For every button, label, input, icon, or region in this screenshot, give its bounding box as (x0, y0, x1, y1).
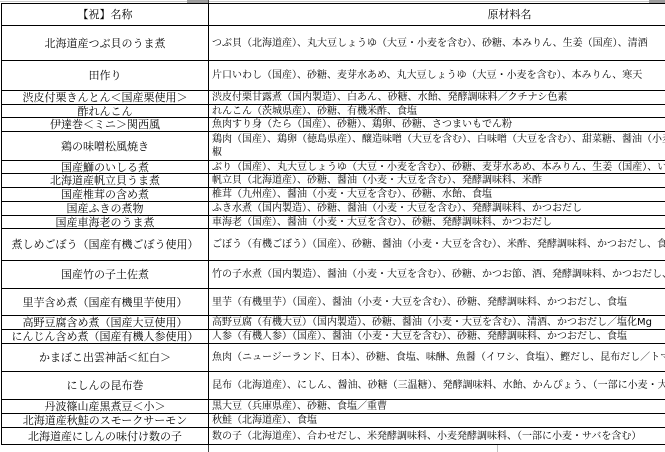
item-name-cell: 鶏の味噌松風焼き (2, 132, 209, 160)
item-name-cell: 里芋含め煮（国産有機里芋使用） (2, 289, 209, 315)
ingredients-cell: 渋皮付栗甘露煮（国内製造）、白あん、砂糖、水飴、発酵調味料／クチナシ色素 (209, 91, 665, 104)
table-row: 高野豆腐含め煮（国産大豆使用） 高野豆腐（有機大豆）（国内製造）、砂糖、醤油（小… (2, 316, 665, 330)
item-name-cell: 酢れんこん (2, 105, 209, 117)
table-row: 丹波篠山産黒煮豆＜小＞ 黒大豆（兵庫県産）、砂糖、食塩／重曹 (2, 400, 665, 414)
ingredients-cell: つぶ貝（北海道産）、丸大豆しょうゆ（大豆・小麦を含む）、砂糖、本みりん、生姜（国… (209, 26, 665, 60)
column-divider-extension-bottom (208, 444, 209, 452)
spreadsheet-page: { "colors": { "grid_border": "#000000", … (0, 0, 665, 452)
item-name-cell: 渋皮付栗きんとん＜国産栗使用＞ (2, 91, 209, 104)
ingredients-cell: 里芋（有機里芋）（国産）、醤油（小麦・大豆を含む）、砂糖、発酵調味料、かつおだし… (209, 289, 665, 315)
ingredients-cell: 黒大豆（兵庫県産）、砂糖、食塩／重曹 (209, 400, 665, 413)
table-row: 国産椎茸の含め煮 椎茸（九州産）、醤油（小麦・大豆を含む）、砂糖、水飴、食塩 (2, 188, 665, 202)
table-row: 酢れんこん れんこん（茨城県産）、砂糖、有機米酢、食塩 (2, 105, 665, 118)
ingredients-cell: 高野豆腐（有機大豆）（国内製造）、砂糖、醤油（小麦・大豆を含む）、清酒、かつおだ… (209, 316, 665, 329)
table-row: 里芋含め煮（国産有機里芋使用） 里芋（有機里芋）（国産）、醤油（小麦・大豆を含む… (2, 289, 665, 316)
header-name-cell: 【祝】名称 (2, 4, 209, 25)
item-name-cell: 煮しめごぼう（国産有機ごぼう使用） (2, 229, 209, 260)
ingredients-cell: 片口いわし（国産）、砂糖、麦芽水あめ、丸大豆しょうゆ（大豆・小麦を含む）、本みり… (209, 61, 665, 90)
item-name-cell: 伊達巻＜ミニ＞関西風 (2, 118, 209, 131)
item-name-cell: にしんの昆布巻 (2, 372, 209, 399)
ingredients-cell: 魚肉（ニュージーランド、日本）、砂糖、食塩、味醂、魚醤（イワシ、食塩）、鰹だし、… (209, 344, 665, 371)
item-name-cell: 国産ふきの煮物 (2, 202, 209, 215)
table-row: 鶏の味噌松風焼き 鶏肉（国産）、鶏卵（徳島県産）、醸造味噌（大豆を含む）、白味噌… (2, 132, 665, 161)
item-name-cell: 北海道産にしんの味付け数の子 (2, 428, 209, 444)
ingredients-cell: れんこん（茨城県産）、砂糖、有機米酢、食塩 (209, 105, 665, 117)
ingredients-cell: ぶり（国産）、丸大豆しょうゆ（大豆・小麦を含む）、砂糖、麦芽水あめ、本みりん、生… (209, 161, 665, 173)
ingredients-cell: 鶏肉（国産）、鶏卵（徳島県産）、醸造味噌（大豆を含む）、白味噌（大豆を含む）、甜… (209, 132, 665, 160)
table-row: 渋皮付栗きんとん＜国産栗使用＞ 渋皮付栗甘露煮（国内製造）、白あん、砂糖、水飴、… (2, 91, 665, 105)
table-row: にしんの昆布巻 昆布（北海道産）、にしん、醤油、砂糖（三温糖）、発酵調味料、水飴… (2, 372, 665, 400)
ingredients-cell: 昆布（北海道産）、にしん、醤油、砂糖（三温糖）、発酵調味料、水飴、かんぴょう、（… (209, 372, 665, 399)
table-row: 北海道産つぶ貝のうま煮 つぶ貝（北海道産）、丸大豆しょうゆ（大豆・小麦を含む）、… (2, 26, 665, 61)
table-row: 伊達巻＜ミニ＞関西風 魚肉すり身（たら（国産）、砂糖）、鶏卵、砂糖、さつまいもで… (2, 118, 665, 132)
item-name-cell: 国産椎茸の含め煮 (2, 188, 209, 201)
item-name-cell: にんじん含め煮（国産有機人参使用） (2, 330, 209, 343)
table-row: 北海道産秋鮭のスモークサーモン 秋鮭（北海道産）、食塩 (2, 414, 665, 428)
table-row: 北海道産にしんの味付け数の子 数の子（北海道産）、合わせだし、米発酵調味料、小麦… (2, 428, 665, 445)
item-name-cell: 北海道産帆立貝うま煮 (2, 174, 209, 187)
ingredients-cell: 竹の子水煮（国内製造）、醤油（小麦・大豆を含む）、砂糖、かつお節、酒、発酵調味料… (209, 261, 665, 288)
table-row: 国産竹の子土佐煮 竹の子水煮（国内製造）、醤油（小麦・大豆を含む）、砂糖、かつお… (2, 261, 665, 289)
ingredients-cell: 人参（有機人参）（国産）、醤油（小麦・大豆を含む）、砂糖、発酵調味料、かつおだし… (209, 330, 665, 343)
ingredients-table: 【祝】名称 原材料名 北海道産つぶ貝のうま煮 つぶ貝（北海道産）、丸大豆しょうゆ… (1, 3, 665, 445)
ingredients-cell: 帆立貝（北海道産）、砂糖、醤油（小麦・大豆を含む）、発酵調味料、米酢 (209, 174, 665, 187)
table-row: 国産鰤のいしる煮 ぶり（国産）、丸大豆しょうゆ（大豆・小麦を含む）、砂糖、麦芽水… (2, 161, 665, 174)
table-row: 北海道産帆立貝うま煮 帆立貝（北海道産）、砂糖、醤油（小麦・大豆を含む）、発酵調… (2, 174, 665, 188)
table-row: かまぼこ出雲神話＜紅白＞ 魚肉（ニュージーランド、日本）、砂糖、食塩、味醂、魚醤… (2, 344, 665, 372)
item-name-cell: 北海道産秋鮭のスモークサーモン (2, 414, 209, 427)
ingredients-cell: 数の子（北海道産）、合わせだし、米発酵調味料、小麦発酵調味料、（一部に小麦・サバ… (209, 428, 665, 444)
item-name-cell: 国産鰤のいしる煮 (2, 161, 209, 173)
ingredients-cell: 椎茸（九州産）、醤油（小麦・大豆を含む）、砂糖、水飴、食塩 (209, 188, 665, 201)
sheet-gridline-top (0, 1, 665, 2)
item-name-cell: 高野豆腐含め煮（国産大豆使用） (2, 316, 209, 329)
table-row: 国産車海老のうま煮 車海老（国産）、醤油（小麦・大豆を含む）、砂糖、発酵調味料、… (2, 216, 665, 229)
item-name-cell: 田作り (2, 61, 209, 90)
ingredients-cell: ふき水煮（国内製造）、砂糖、醤油（小麦・大豆を含む）、発酵調味料、かつおだし (209, 202, 665, 215)
sheet-gridline-bottom (497, 445, 498, 452)
ingredients-cell: 車海老（国産）、醤油（小麦・大豆を含む）、砂糖、発酵調味料、かつおだし (209, 216, 665, 228)
table-header-row: 【祝】名称 原材料名 (2, 4, 665, 26)
item-name-cell: 国産車海老のうま煮 (2, 216, 209, 228)
ingredients-cell: 秋鮭（北海道産）、食塩 (209, 414, 665, 427)
table-row: にんじん含め煮（国産有機人参使用） 人参（有機人参）（国産）、醤油（小麦・大豆を… (2, 330, 665, 344)
table-row: 国産ふきの煮物 ふき水煮（国内製造）、砂糖、醤油（小麦・大豆を含む）、発酵調味料… (2, 202, 665, 216)
item-name-cell: かまぼこ出雲神話＜紅白＞ (2, 344, 209, 371)
header-ingredients-cell: 原材料名 (209, 4, 665, 25)
ingredients-cell: 魚肉すり身（たら（国産）、砂糖）、鶏卵、砂糖、さつまいもでん粉 (209, 118, 665, 131)
item-name-cell: 北海道産つぶ貝のうま煮 (2, 26, 209, 60)
table-row: 煮しめごぼう（国産有機ごぼう使用） ごぼう（有機ごぼう）（国産）、砂糖、醤油（小… (2, 229, 665, 261)
table-row: 田作り 片口いわし（国産）、砂糖、麦芽水あめ、丸大豆しょうゆ（大豆・小麦を含む）… (2, 61, 665, 91)
item-name-cell: 国産竹の子土佐煮 (2, 261, 209, 288)
ingredients-cell: ごぼう（有機ごぼう）（国産）、砂糖、醤油（小麦・大豆を含む）、米酢、発酵調味料、… (209, 229, 665, 260)
item-name-cell: 丹波篠山産黒煮豆＜小＞ (2, 400, 209, 413)
